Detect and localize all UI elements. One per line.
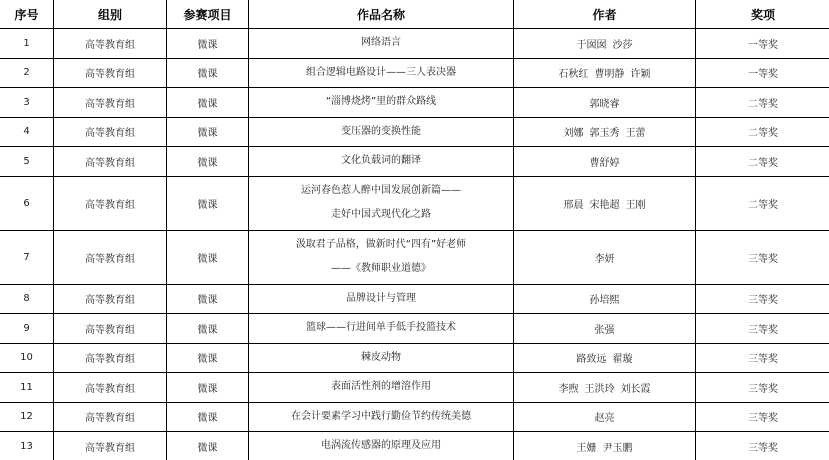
- title-line: 棘皮动物: [249, 346, 513, 370]
- cell-project: 微课: [167, 88, 249, 118]
- awards-table: 序号 组别 参赛项目 作品名称 作者 奖项 1高等教育组微课网络语言于囡囡沙莎一…: [0, 0, 829, 460]
- cell-title: 网络语言: [249, 29, 514, 59]
- cell-group: 高等教育组: [54, 176, 167, 230]
- author-name: 于囡囡: [577, 40, 607, 51]
- title-line: 篮球——行进间单手低手投篮技术: [249, 316, 513, 340]
- cell-group: 高等教育组: [54, 230, 167, 284]
- cell-authors: 路致远翟璇: [514, 343, 696, 373]
- cell-award: 三等奖: [696, 314, 829, 344]
- cell-no: 12: [0, 402, 54, 432]
- author-name: 王蕾: [626, 128, 646, 139]
- cell-no: 6: [0, 176, 54, 230]
- cell-authors: 孙培熙: [514, 284, 696, 314]
- author-name: 郭晓睿: [590, 99, 620, 110]
- cell-project: 微课: [167, 373, 249, 403]
- cell-award: 一等奖: [696, 29, 829, 59]
- title-line: 电涡流传感器的原理及应用: [249, 434, 513, 458]
- table-row: 13高等教育组微课电涡流传感器的原理及应用王姗尹玉鹏三等奖: [0, 432, 829, 460]
- cell-title: 运河春色惹人醉中国发展创新篇——走好中国式现代化之路: [249, 176, 514, 230]
- cell-award: 三等奖: [696, 432, 829, 460]
- cell-award: 三等奖: [696, 230, 829, 284]
- cell-title: 电涡流传感器的原理及应用: [249, 432, 514, 460]
- table-row: 7高等教育组微课汲取君子品格，做新时代“四有”好老师——《教师职业道德》李妍三等…: [0, 230, 829, 284]
- cell-no: 1: [0, 29, 54, 59]
- title-line: 组合逻辑电路设计——三人表决器: [249, 61, 513, 85]
- cell-group: 高等教育组: [54, 88, 167, 118]
- title-line: 网络语言: [249, 31, 513, 55]
- header-no: 序号: [0, 0, 54, 29]
- cell-no: 2: [0, 58, 54, 88]
- cell-authors: 刘娜郭玉秀王蕾: [514, 117, 696, 147]
- title-line: 品牌设计与管理: [249, 287, 513, 311]
- cell-no: 4: [0, 117, 54, 147]
- author-name: 路致远: [577, 354, 607, 365]
- cell-project: 微课: [167, 284, 249, 314]
- cell-award: 二等奖: [696, 176, 829, 230]
- author-name: 石秋红: [559, 69, 589, 80]
- table-row: 11高等教育组微课表面活性剂的增溶作用李煦王洪玲刘长霞三等奖: [0, 373, 829, 403]
- title-line: 在会计要素学习中践行勤俭节约传统美德: [249, 405, 513, 429]
- author-name: 尹玉鹏: [603, 443, 633, 454]
- cell-title: 汲取君子品格，做新时代“四有”好老师——《教师职业道德》: [249, 230, 514, 284]
- author-name: 王刚: [626, 200, 646, 211]
- cell-project: 微课: [167, 58, 249, 88]
- cell-no: 10: [0, 343, 54, 373]
- title-line: 变压器的变换性能: [249, 120, 513, 144]
- cell-project: 微课: [167, 402, 249, 432]
- cell-project: 微课: [167, 432, 249, 460]
- author-name: 宋艳超: [590, 200, 620, 211]
- header-row: 序号 组别 参赛项目 作品名称 作者 奖项: [0, 0, 829, 29]
- table-row: 1高等教育组微课网络语言于囡囡沙莎一等奖: [0, 29, 829, 59]
- cell-title: 篮球——行进间单手低手投篮技术: [249, 314, 514, 344]
- cell-group: 高等教育组: [54, 284, 167, 314]
- cell-group: 高等教育组: [54, 402, 167, 432]
- cell-group: 高等教育组: [54, 343, 167, 373]
- author-name: 郭玉秀: [590, 128, 620, 139]
- header-group: 组别: [54, 0, 167, 29]
- author-name: 王姗: [577, 443, 597, 454]
- cell-project: 微课: [167, 230, 249, 284]
- table-row: 9高等教育组微课篮球——行进间单手低手投篮技术张强三等奖: [0, 314, 829, 344]
- cell-no: 3: [0, 88, 54, 118]
- title-line: ——《教师职业道德》: [249, 257, 513, 281]
- header-authors: 作者: [514, 0, 696, 29]
- cell-authors: 郭晓睿: [514, 88, 696, 118]
- table-row: 6高等教育组微课运河春色惹人醉中国发展创新篇——走好中国式现代化之路邢晨宋艳超王…: [0, 176, 829, 230]
- author-name: 孙培熙: [590, 295, 620, 306]
- header-award: 奖项: [696, 0, 829, 29]
- cell-title: 在会计要素学习中践行勤俭节约传统美德: [249, 402, 514, 432]
- author-name: 邢晨: [564, 200, 584, 211]
- cell-no: 5: [0, 147, 54, 177]
- author-name: 曹舒婷: [590, 158, 620, 169]
- author-name: 李煦: [559, 384, 579, 395]
- table-row: 12高等教育组微课在会计要素学习中践行勤俭节约传统美德赵亮三等奖: [0, 402, 829, 432]
- cell-project: 微课: [167, 117, 249, 147]
- cell-authors: 赵亮: [514, 402, 696, 432]
- table-row: 8高等教育组微课品牌设计与管理孙培熙三等奖: [0, 284, 829, 314]
- header-title: 作品名称: [249, 0, 514, 29]
- author-name: 翟璇: [613, 354, 633, 365]
- title-line: “淄博烧烤”里的群众路线: [249, 90, 513, 114]
- cell-no: 7: [0, 230, 54, 284]
- cell-title: 文化负载词的翻译: [249, 147, 514, 177]
- cell-title: 表面活性剂的增溶作用: [249, 373, 514, 403]
- title-line: 表面活性剂的增溶作用: [249, 375, 513, 399]
- cell-group: 高等教育组: [54, 314, 167, 344]
- header-project: 参赛项目: [167, 0, 249, 29]
- cell-no: 11: [0, 373, 54, 403]
- author-name: 刘娜: [564, 128, 584, 139]
- table-row: 10高等教育组微课棘皮动物路致远翟璇三等奖: [0, 343, 829, 373]
- title-line: 运河春色惹人醉中国发展创新篇——: [249, 179, 513, 203]
- cell-no: 9: [0, 314, 54, 344]
- cell-award: 三等奖: [696, 373, 829, 403]
- cell-award: 一等奖: [696, 58, 829, 88]
- table-row: 3高等教育组微课“淄博烧烤”里的群众路线郭晓睿二等奖: [0, 88, 829, 118]
- cell-authors: 李煦王洪玲刘长霞: [514, 373, 696, 403]
- author-name: 许颖: [631, 69, 651, 80]
- author-name: 赵亮: [595, 413, 615, 424]
- cell-project: 微课: [167, 314, 249, 344]
- cell-project: 微课: [167, 343, 249, 373]
- cell-project: 微课: [167, 147, 249, 177]
- cell-group: 高等教育组: [54, 117, 167, 147]
- cell-award: 三等奖: [696, 284, 829, 314]
- cell-authors: 王姗尹玉鹏: [514, 432, 696, 460]
- cell-award: 三等奖: [696, 402, 829, 432]
- cell-project: 微课: [167, 29, 249, 59]
- cell-group: 高等教育组: [54, 58, 167, 88]
- cell-title: “淄博烧烤”里的群众路线: [249, 88, 514, 118]
- cell-authors: 邢晨宋艳超王刚: [514, 176, 696, 230]
- cell-title: 棘皮动物: [249, 343, 514, 373]
- cell-title: 组合逻辑电路设计——三人表决器: [249, 58, 514, 88]
- table-row: 2高等教育组微课组合逻辑电路设计——三人表决器石秋红曹明静许颖一等奖: [0, 58, 829, 88]
- cell-award: 二等奖: [696, 88, 829, 118]
- cell-authors: 曹舒婷: [514, 147, 696, 177]
- author-name: 刘长霞: [621, 384, 651, 395]
- title-line: 文化负载词的翻译: [249, 149, 513, 173]
- author-name: 王洪玲: [585, 384, 615, 395]
- cell-group: 高等教育组: [54, 373, 167, 403]
- cell-award: 二等奖: [696, 117, 829, 147]
- author-name: 沙莎: [613, 40, 633, 51]
- table-row: 4高等教育组微课变压器的变换性能刘娜郭玉秀王蕾二等奖: [0, 117, 829, 147]
- cell-no: 13: [0, 432, 54, 460]
- author-name: 曹明静: [595, 69, 625, 80]
- cell-award: 二等奖: [696, 147, 829, 177]
- title-line: 汲取君子品格，做新时代“四有”好老师: [249, 233, 513, 257]
- title-line: 走好中国式现代化之路: [249, 203, 513, 227]
- cell-group: 高等教育组: [54, 432, 167, 460]
- author-name: 李妍: [595, 254, 615, 265]
- cell-authors: 于囡囡沙莎: [514, 29, 696, 59]
- cell-title: 品牌设计与管理: [249, 284, 514, 314]
- cell-project: 微课: [167, 176, 249, 230]
- author-name: 张强: [595, 325, 615, 336]
- cell-authors: 李妍: [514, 230, 696, 284]
- cell-title: 变压器的变换性能: [249, 117, 514, 147]
- cell-authors: 石秋红曹明静许颖: [514, 58, 696, 88]
- cell-no: 8: [0, 284, 54, 314]
- cell-group: 高等教育组: [54, 29, 167, 59]
- cell-group: 高等教育组: [54, 147, 167, 177]
- table-row: 5高等教育组微课文化负载词的翻译曹舒婷二等奖: [0, 147, 829, 177]
- cell-authors: 张强: [514, 314, 696, 344]
- cell-award: 三等奖: [696, 343, 829, 373]
